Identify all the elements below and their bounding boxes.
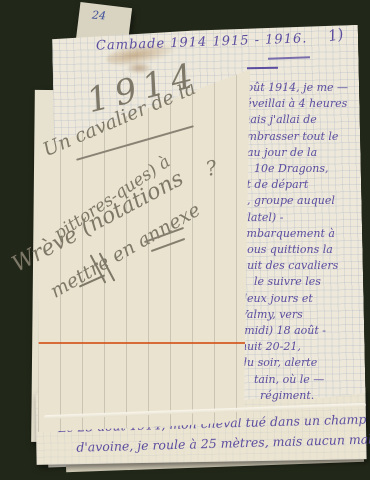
handwritten-line: 10e Dragons,: [240, 161, 358, 177]
handwritten-line: Platel) -: [240, 210, 358, 226]
red-margin-line: [38, 342, 250, 344]
corner-mark: 24: [92, 9, 107, 23]
handwritten-line: réveillai à 4 heures: [240, 96, 358, 112]
page-number: 1): [327, 25, 345, 45]
handwritten-line: tain, où le —: [240, 372, 358, 388]
handwritten-line: nous quittions la: [240, 242, 358, 258]
handwritten-line: et de départ: [240, 177, 358, 193]
handwritten-line: embarquement à: [240, 226, 358, 242]
handwritten-line: Valmy, vers: [240, 307, 358, 323]
handwritten-line: deux jours et: [240, 291, 358, 307]
handwritten-line: d'avoine, je roule à 25 mètres, mais auc…: [76, 431, 370, 454]
handwritten-line: régiment.: [240, 388, 358, 404]
handwritten-line: embrasser tout le: [240, 129, 358, 145]
scanned-manuscript-photo: { "document": { "corner_mark": "24", "he…: [0, 0, 370, 480]
ink-text-column: août 1914, je me — réveillai à 4 heures …: [240, 80, 358, 416]
handwritten-line: nuit des cavaliers: [240, 258, 358, 274]
handwritten-line: (midi) 18 août -: [240, 323, 358, 339]
handwritten-line: nuit 20-21,: [240, 339, 358, 355]
handwritten-line: mais j'allai de: [240, 112, 358, 128]
handwritten-line: du soir, alerte: [240, 355, 358, 371]
handwritten-line: le suivre les: [240, 274, 358, 290]
handwritten-line: août 1914, je me —: [240, 80, 358, 96]
handwritten-line: au jour de la: [240, 145, 358, 161]
handwritten-line: , groupe auquel: [240, 193, 358, 209]
